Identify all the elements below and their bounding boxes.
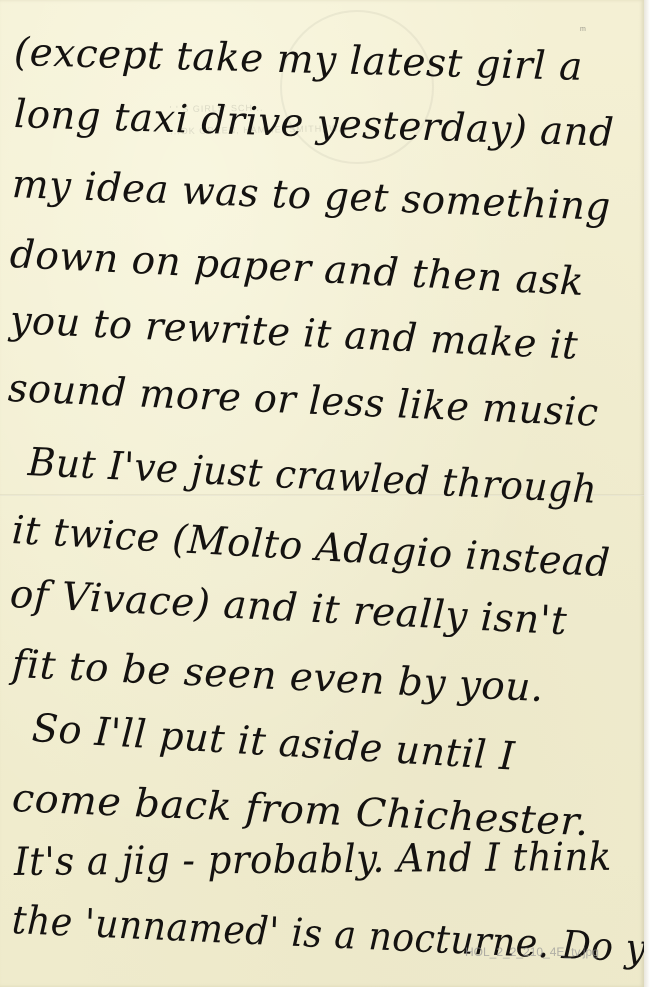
handwritten-line-3: my idea was to get something: [11, 162, 611, 230]
handwritten-line-8: it twice (Molto Adagio instead: [11, 508, 612, 586]
handwritten-line-13: It's a jig - probably. And I think: [14, 835, 612, 885]
scan-right-edge: [644, 0, 650, 987]
handwritten-line-5: you to rewrite it and make it: [9, 298, 579, 369]
handwritten-line-4: down on paper and then ask: [9, 232, 585, 305]
handwritten-line-7: But I've just crawled through: [27, 440, 598, 513]
handwritten-line-11: So I'll put it aside until I: [31, 706, 517, 780]
letter-page: ' ' S GIRLS' SCH... ...OK GREEN, HAMMERS…: [0, 0, 644, 987]
handwritten-line-10: fit to be seen even by you.: [11, 642, 545, 711]
file-watermark: HOL_2_2_210_4E_tv.jpg: [465, 943, 645, 961]
handwritten-line-2: long taxi drive yesterday) and: [13, 92, 615, 156]
handwritten-line-9: of Vivace) and it really isn't: [9, 572, 568, 644]
handwritten-line-6: sound more or less like music: [7, 366, 599, 436]
corner-mark: m: [580, 26, 586, 33]
handwritten-line-1: (except take my latest girl a: [13, 30, 583, 90]
handwritten-line-14: the 'unnamed' is a nocturne. Do you?: [11, 898, 650, 975]
